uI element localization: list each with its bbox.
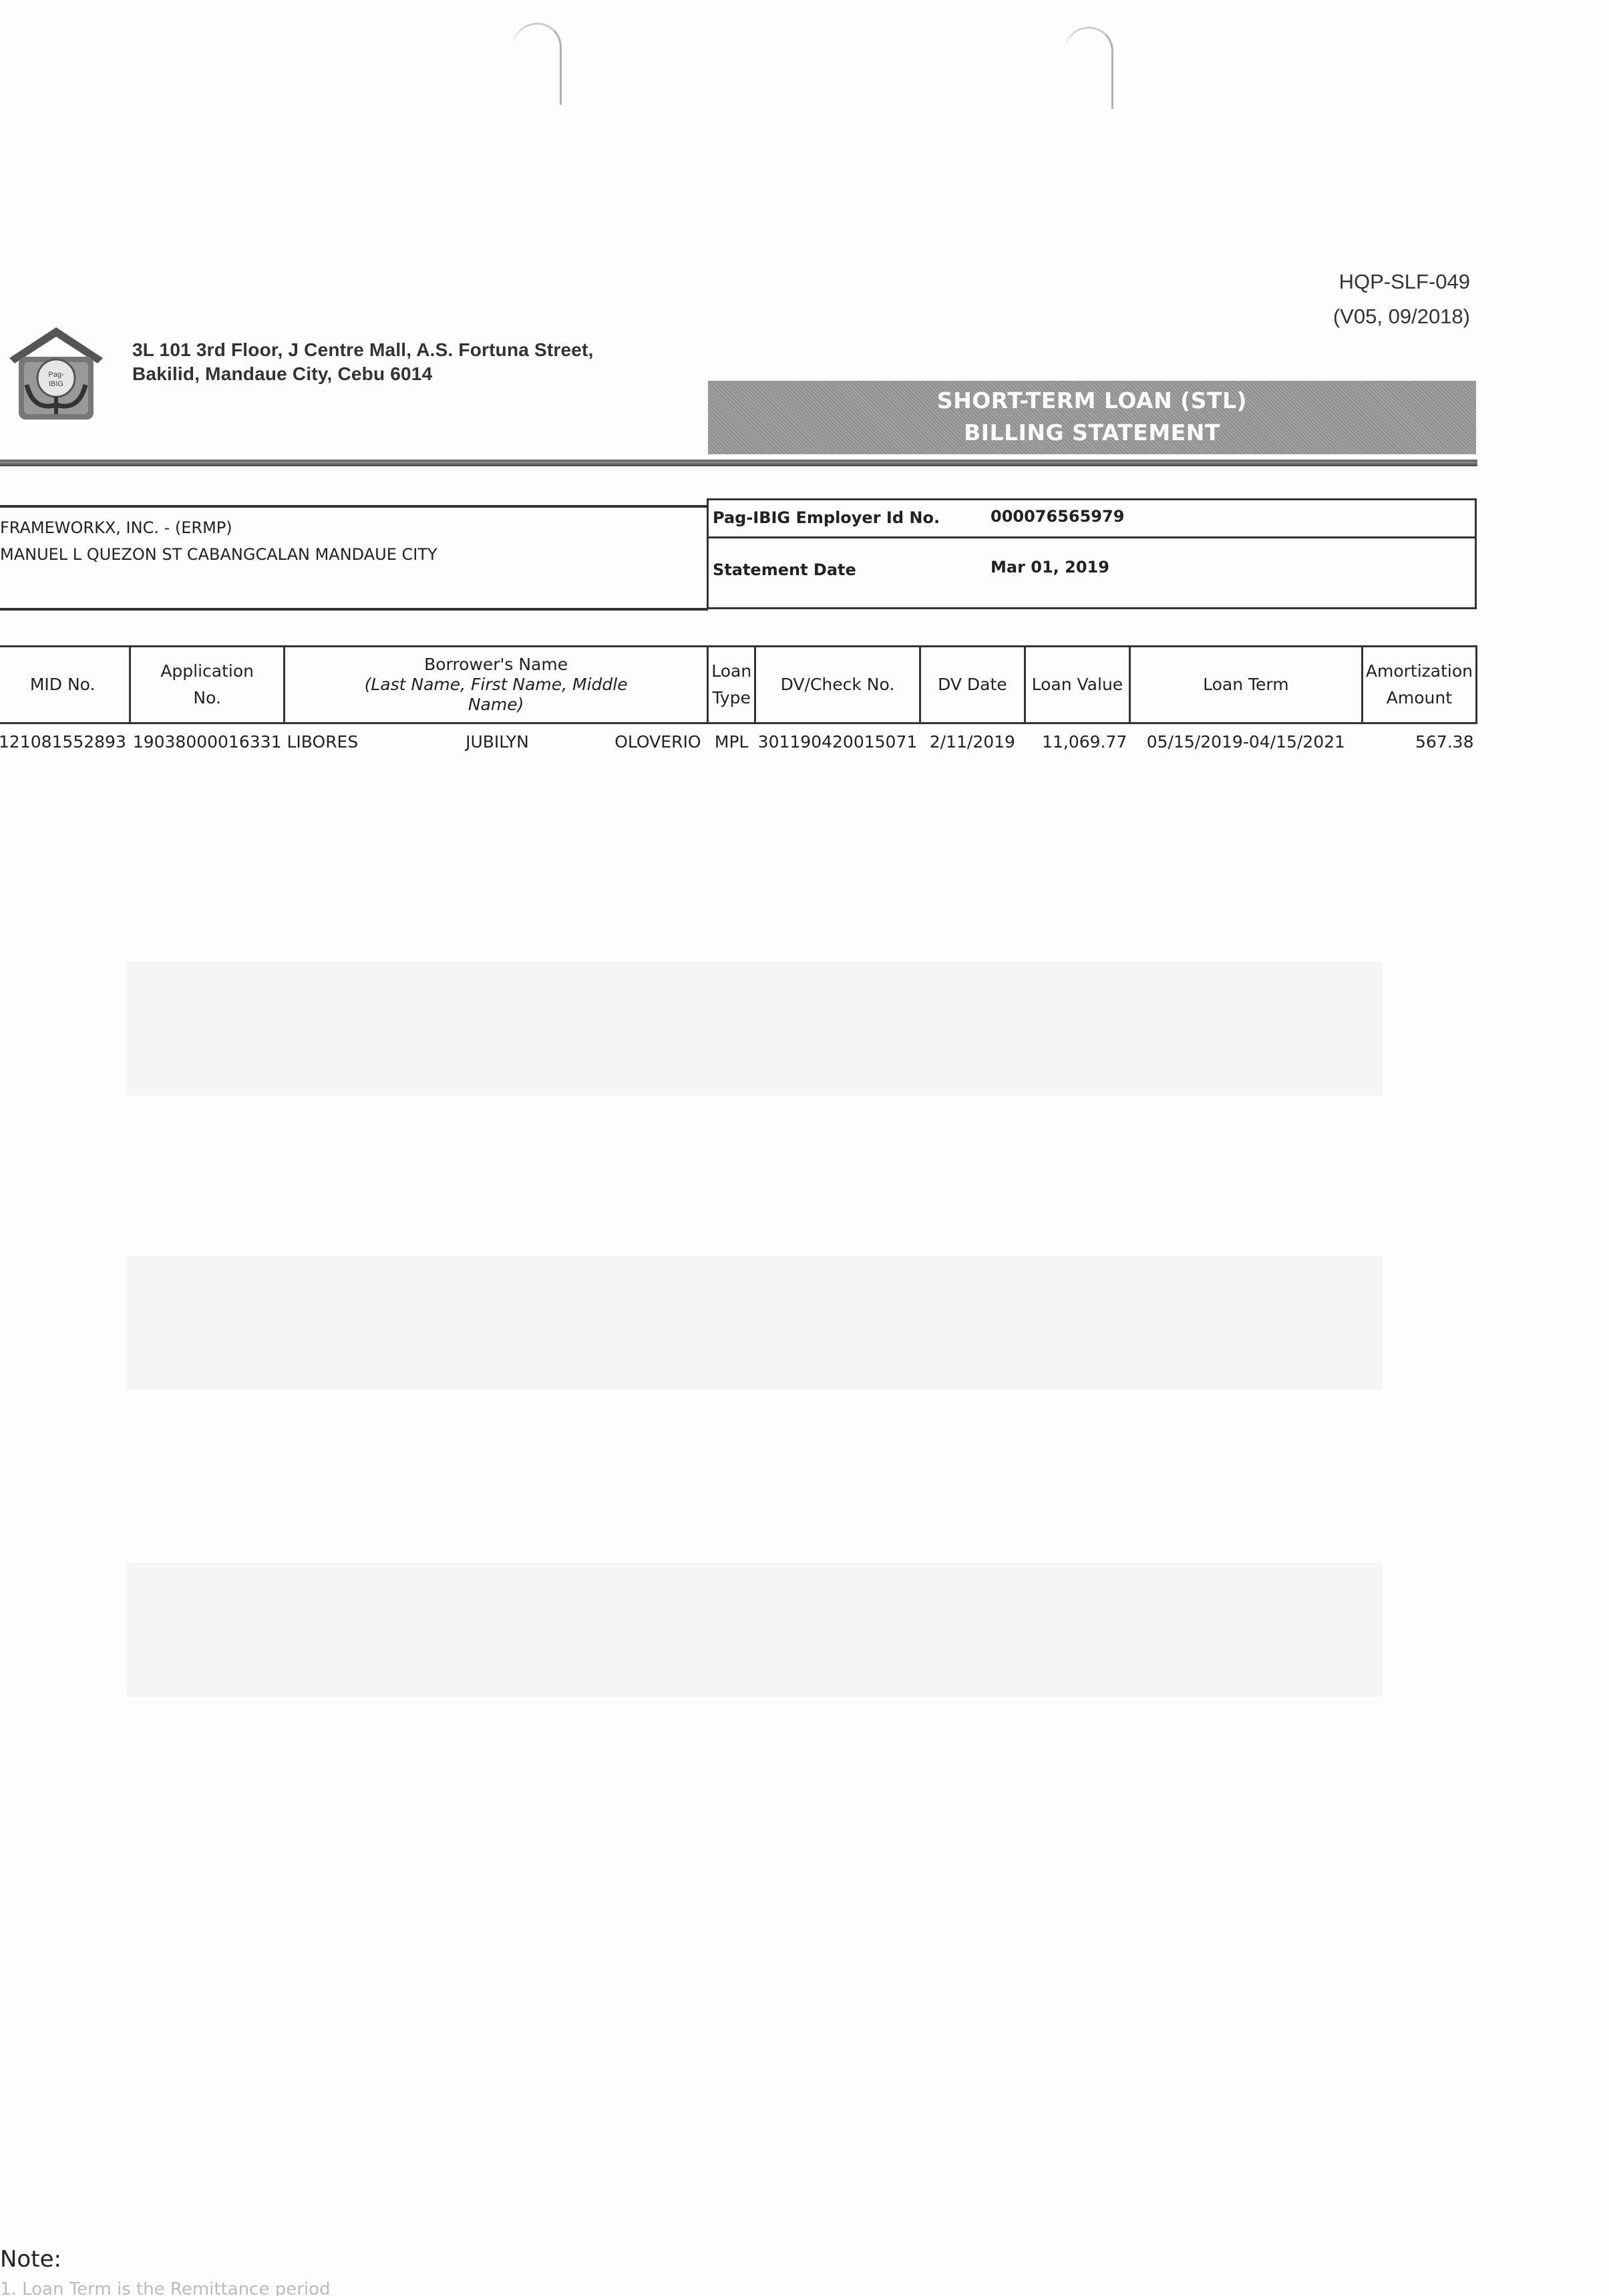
col-header-loan-type: LoanType (708, 647, 755, 723)
form-code: HQP-SLF-049 (V05, 09/2018) (1333, 265, 1470, 334)
borrower-first-name: JUBILYN (427, 732, 568, 752)
form-version: (V05, 09/2018) (1333, 299, 1470, 334)
cell-loan-type: MPL (708, 723, 755, 760)
col-header-mid: MID No. (0, 647, 130, 723)
svg-text:Pag-: Pag- (48, 371, 64, 379)
note-line-1: 1. Loan Term is the Remittance period (0, 2279, 331, 2296)
office-address: 3L 101 3rd Floor, J Centre Mall, A.S. Fo… (132, 338, 594, 386)
pag-ibig-house-logo-icon: Pag- IBIG (7, 325, 106, 422)
statement-date-value: Mar 01, 2019 (991, 558, 1109, 577)
cell-loan-value: 11,069.77 (1025, 723, 1129, 760)
statement-date-label: Statement Date (713, 560, 856, 579)
col-header-loan-value: Loan Value (1025, 647, 1129, 723)
form-number: HQP-SLF-049 (1333, 265, 1470, 299)
cell-loan-term: 05/15/2019-04/15/2021 (1129, 723, 1362, 760)
cell-amortization: 567.38 (1362, 723, 1476, 760)
employer-address: MANUEL L QUEZON ST CABANGCALAN MANDAUE C… (0, 541, 437, 568)
employer-info: FRAMEWORKX, INC. - (ERMP) MANUEL L QUEZO… (0, 514, 437, 568)
employer-top-border (0, 505, 708, 508)
bleed-through-area (127, 962, 1383, 1096)
table-header-row: MID No. ApplicationNo. Borrower's Name (… (0, 647, 1477, 723)
bleed-through-area (127, 1256, 1383, 1389)
punch-hole-mark (1065, 27, 1113, 109)
bleed-through-area (127, 1563, 1383, 1697)
address-line-1: 3L 101 3rd Floor, J Centre Mall, A.S. Fo… (132, 338, 594, 362)
cell-mid: 121081552893 (0, 723, 130, 760)
col-header-application: ApplicationNo. (130, 647, 285, 723)
employer-id-label: Pag-IBIG Employer Id No. (713, 508, 940, 527)
borrower-middle-name: OLOVERIO (568, 732, 701, 752)
header-divider (0, 460, 1477, 466)
note-label: Note: (0, 2246, 61, 2273)
cell-dv-check: 301190420015071 (755, 723, 920, 760)
col-header-amortization: AmortizationAmount (1362, 647, 1476, 723)
employer-bottom-border (0, 608, 708, 611)
table-row: 121081552893 19038000016331 LIBORESJUBIL… (0, 723, 1477, 760)
statement-title-banner: SHORT-TERM LOAN (STL) BILLING STATEMENT (708, 381, 1476, 454)
employer-name: FRAMEWORKX, INC. - (ERMP) (0, 514, 437, 541)
address-line-2: Bakilid, Mandaue City, Cebu 6014 (132, 362, 594, 386)
col-header-borrower: Borrower's Name (Last Name, First Name, … (285, 647, 708, 723)
banner-subtitle: BILLING STATEMENT (708, 417, 1476, 449)
col-header-dv-check: DV/Check No. (755, 647, 920, 723)
cell-application: 19038000016331 (130, 723, 285, 760)
employer-id-value: 000076565979 (991, 507, 1124, 526)
borrower-last-name: LIBORES (287, 732, 427, 752)
svg-text:IBIG: IBIG (49, 380, 63, 388)
banner-title: SHORT-TERM LOAN (STL) (708, 385, 1476, 417)
cell-borrower: LIBORESJUBILYNOLOVERIO (285, 723, 708, 760)
billing-table: MID No. ApplicationNo. Borrower's Name (… (0, 645, 1477, 760)
employer-id-row: Pag-IBIG Employer Id No. 000076565979 (709, 500, 1475, 538)
employer-id-box: Pag-IBIG Employer Id No. 000076565979 St… (707, 498, 1477, 609)
col-header-loan-term: Loan Term (1129, 647, 1362, 723)
col-header-dv-date: DV Date (920, 647, 1025, 723)
cell-dv-date: 2/11/2019 (920, 723, 1025, 760)
punch-hole-mark (513, 23, 562, 105)
